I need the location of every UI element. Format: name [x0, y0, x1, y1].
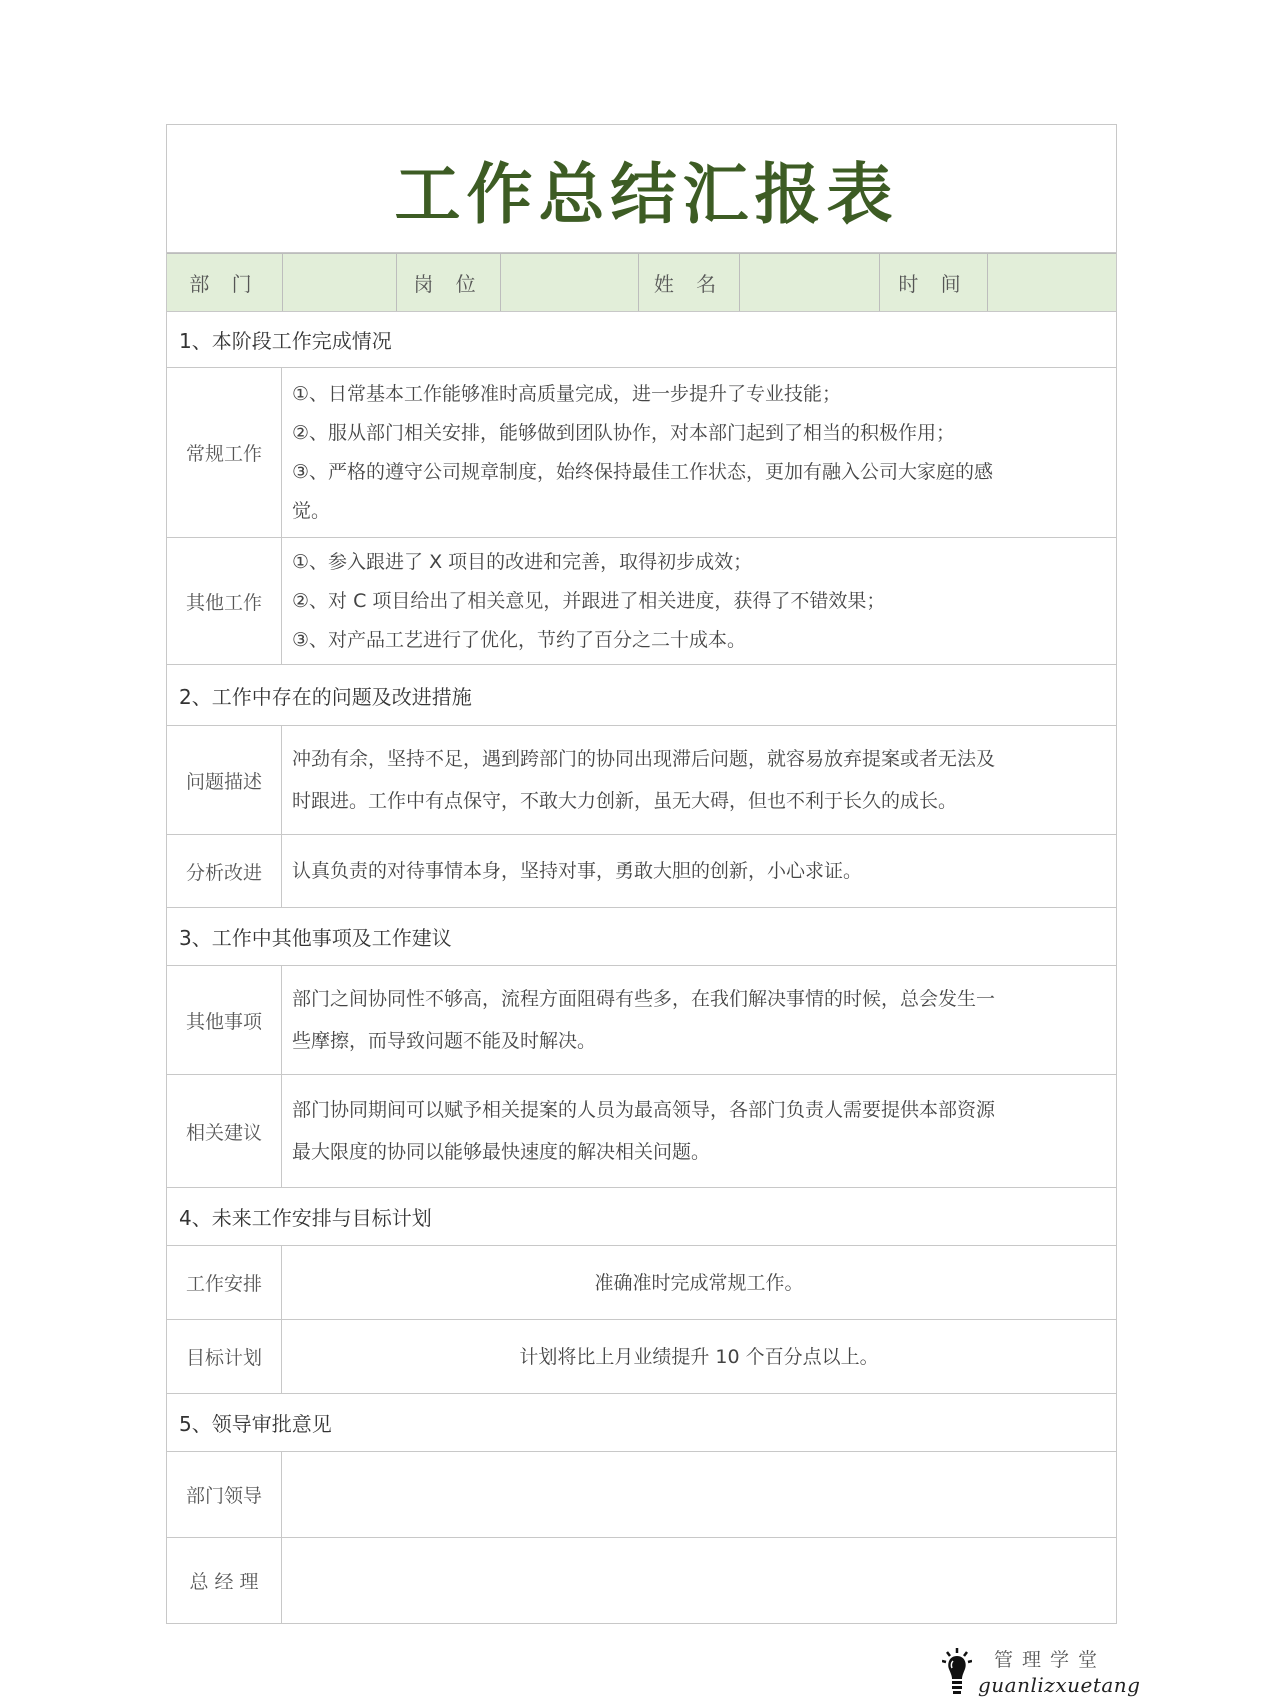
- section-heading-1: 1、本阶段工作完成情况: [167, 312, 1116, 368]
- content-line: 最大限度的协同以能够最快速度的解决相关问题。: [292, 1131, 1106, 1173]
- section-heading-3: 3、工作中其他事项及工作建议: [167, 908, 1116, 966]
- section-heading-text: 2、工作中存在的问题及改进措施: [179, 681, 472, 710]
- work-summary-report-table: 工作总结汇报表 部 门 岗 位 姓 名 时 间 1、本阶段工作完成情况 常规工作…: [166, 124, 1117, 1624]
- department-field[interactable]: [283, 254, 397, 311]
- content-line: 计划将比上月业绩提升 10 个百分点以上。: [519, 1336, 878, 1378]
- section-heading-2: 2、工作中存在的问题及改进措施: [167, 665, 1116, 726]
- row-content: 计划将比上月业绩提升 10 个百分点以上。: [282, 1320, 1116, 1393]
- row-label: 目标计划: [167, 1320, 282, 1393]
- section-heading-text: 4、未来工作安排与目标计划: [179, 1202, 432, 1231]
- title-row: 工作总结汇报表: [167, 125, 1116, 253]
- row-other-work: 其他工作 ①、参入跟进了 X 项目的改进和完善，取得初步成效； ②、对 C 项目…: [167, 538, 1116, 665]
- name-field[interactable]: [740, 254, 880, 311]
- content-line: 认真负责的对待事情本身，坚持对事，勇敢大胆的创新，小心求证。: [292, 850, 1106, 892]
- content-line: 觉。: [292, 492, 1106, 531]
- position-label: 岗 位: [397, 254, 501, 311]
- content-line: 冲劲有余，坚持不足，遇到跨部门的协同出现滞后问题，就容易放弃提案或者无法及: [292, 738, 1106, 780]
- position-field[interactable]: [501, 254, 639, 311]
- brand-logo: 管理学堂 guanlizxuetang: [938, 1643, 1118, 1703]
- lightbulb-icon: [942, 1647, 972, 1699]
- section-heading-text: 5、领导审批意见: [179, 1408, 332, 1437]
- section-heading-text: 1、本阶段工作完成情况: [179, 325, 392, 354]
- row-problem-description: 问题描述 冲劲有余，坚持不足，遇到跨部门的协同出现滞后问题，就容易放弃提案或者无…: [167, 726, 1116, 835]
- section-heading-text: 3、工作中其他事项及工作建议: [179, 922, 452, 951]
- row-content: 认真负责的对待事情本身，坚持对事，勇敢大胆的创新，小心求证。: [282, 835, 1116, 907]
- row-content: 准确准时完成常规工作。: [282, 1246, 1116, 1319]
- content-line: ①、参入跟进了 X 项目的改进和完善，取得初步成效；: [292, 543, 1106, 582]
- row-label: 其他事项: [167, 966, 282, 1074]
- row-label: 部门领导: [167, 1452, 282, 1537]
- row-suggestions: 相关建议 部门协同期间可以赋予相关提案的人员为最高领导，各部门负责人需要提供本部…: [167, 1075, 1116, 1188]
- content-line: ③、对产品工艺进行了优化，节约了百分之二十成本。: [292, 621, 1106, 660]
- content-line: 准确准时完成常规工作。: [594, 1262, 803, 1304]
- time-field[interactable]: [988, 254, 1116, 311]
- section-heading-4: 4、未来工作安排与目标计划: [167, 1188, 1116, 1246]
- row-other-matters: 其他事项 部门之间协同性不够高，流程方面阻碍有些多，在我们解决事情的时候，总会发…: [167, 966, 1116, 1075]
- section-heading-5: 5、领导审批意见: [167, 1394, 1116, 1452]
- row-content: 部门之间协同性不够高，流程方面阻碍有些多，在我们解决事情的时候，总会发生一 些摩…: [282, 966, 1116, 1074]
- row-work-arrangement: 工作安排 准确准时完成常规工作。: [167, 1246, 1116, 1320]
- time-label: 时 间: [880, 254, 988, 311]
- department-leader-opinion-field[interactable]: [282, 1452, 1116, 1537]
- content-line: ②、服从部门相关安排，能够做到团队协作，对本部门起到了相当的积极作用；: [292, 414, 1106, 453]
- content-line: ②、对 C 项目给出了相关意见，并跟进了相关进度，获得了不错效果；: [292, 582, 1106, 621]
- row-label: 分析改进: [167, 835, 282, 907]
- content-line: ③、严格的遵守公司规章制度，始终保持最佳工作状态，更加有融入公司大家庭的感: [292, 453, 1106, 492]
- row-department-leader: 部门领导: [167, 1452, 1116, 1538]
- row-label: 其他工作: [167, 538, 282, 664]
- row-label: 工作安排: [167, 1246, 282, 1319]
- content-line: ①、日常基本工作能够准时高质量完成，进一步提升了专业技能；: [292, 375, 1106, 414]
- content-line: 时跟进。工作中有点保守，不敢大力创新，虽无大碍，但也不利于长久的成长。: [292, 780, 1106, 822]
- content-line: 些摩擦，而导致问题不能及时解决。: [292, 1020, 1106, 1062]
- report-title: 工作总结汇报表: [395, 141, 899, 236]
- row-general-manager: 总 经 理: [167, 1538, 1116, 1623]
- general-manager-opinion-field[interactable]: [282, 1538, 1116, 1623]
- row-content: ①、参入跟进了 X 项目的改进和完善，取得初步成效； ②、对 C 项目给出了相关…: [282, 538, 1116, 664]
- row-content: 冲劲有余，坚持不足，遇到跨部门的协同出现滞后问题，就容易放弃提案或者无法及 时跟…: [282, 726, 1116, 834]
- row-target-plan: 目标计划 计划将比上月业绩提升 10 个百分点以上。: [167, 1320, 1116, 1394]
- department-label: 部 门: [167, 254, 283, 311]
- row-label: 相关建议: [167, 1075, 282, 1187]
- row-label: 常规工作: [167, 368, 282, 537]
- row-content: 部门协同期间可以赋予相关提案的人员为最高领导，各部门负责人需要提供本部资源 最大…: [282, 1075, 1116, 1187]
- row-label: 总 经 理: [167, 1538, 282, 1623]
- brand-name-en: guanlizxuetang: [978, 1673, 1140, 1697]
- row-label: 问题描述: [167, 726, 282, 834]
- content-line: 部门之间协同性不够高，流程方面阻碍有些多，在我们解决事情的时候，总会发生一: [292, 978, 1106, 1020]
- brand-name-cn: 管理学堂: [994, 1645, 1106, 1672]
- name-label: 姓 名: [639, 254, 740, 311]
- row-analysis-improvement: 分析改进 认真负责的对待事情本身，坚持对事，勇敢大胆的创新，小心求证。: [167, 835, 1116, 908]
- row-content: ①、日常基本工作能够准时高质量完成，进一步提升了专业技能； ②、服从部门相关安排…: [282, 368, 1116, 537]
- content-line: 部门协同期间可以赋予相关提案的人员为最高领导，各部门负责人需要提供本部资源: [292, 1089, 1106, 1131]
- info-row: 部 门 岗 位 姓 名 时 间: [167, 253, 1116, 312]
- row-routine-work: 常规工作 ①、日常基本工作能够准时高质量完成，进一步提升了专业技能； ②、服从部…: [167, 368, 1116, 538]
